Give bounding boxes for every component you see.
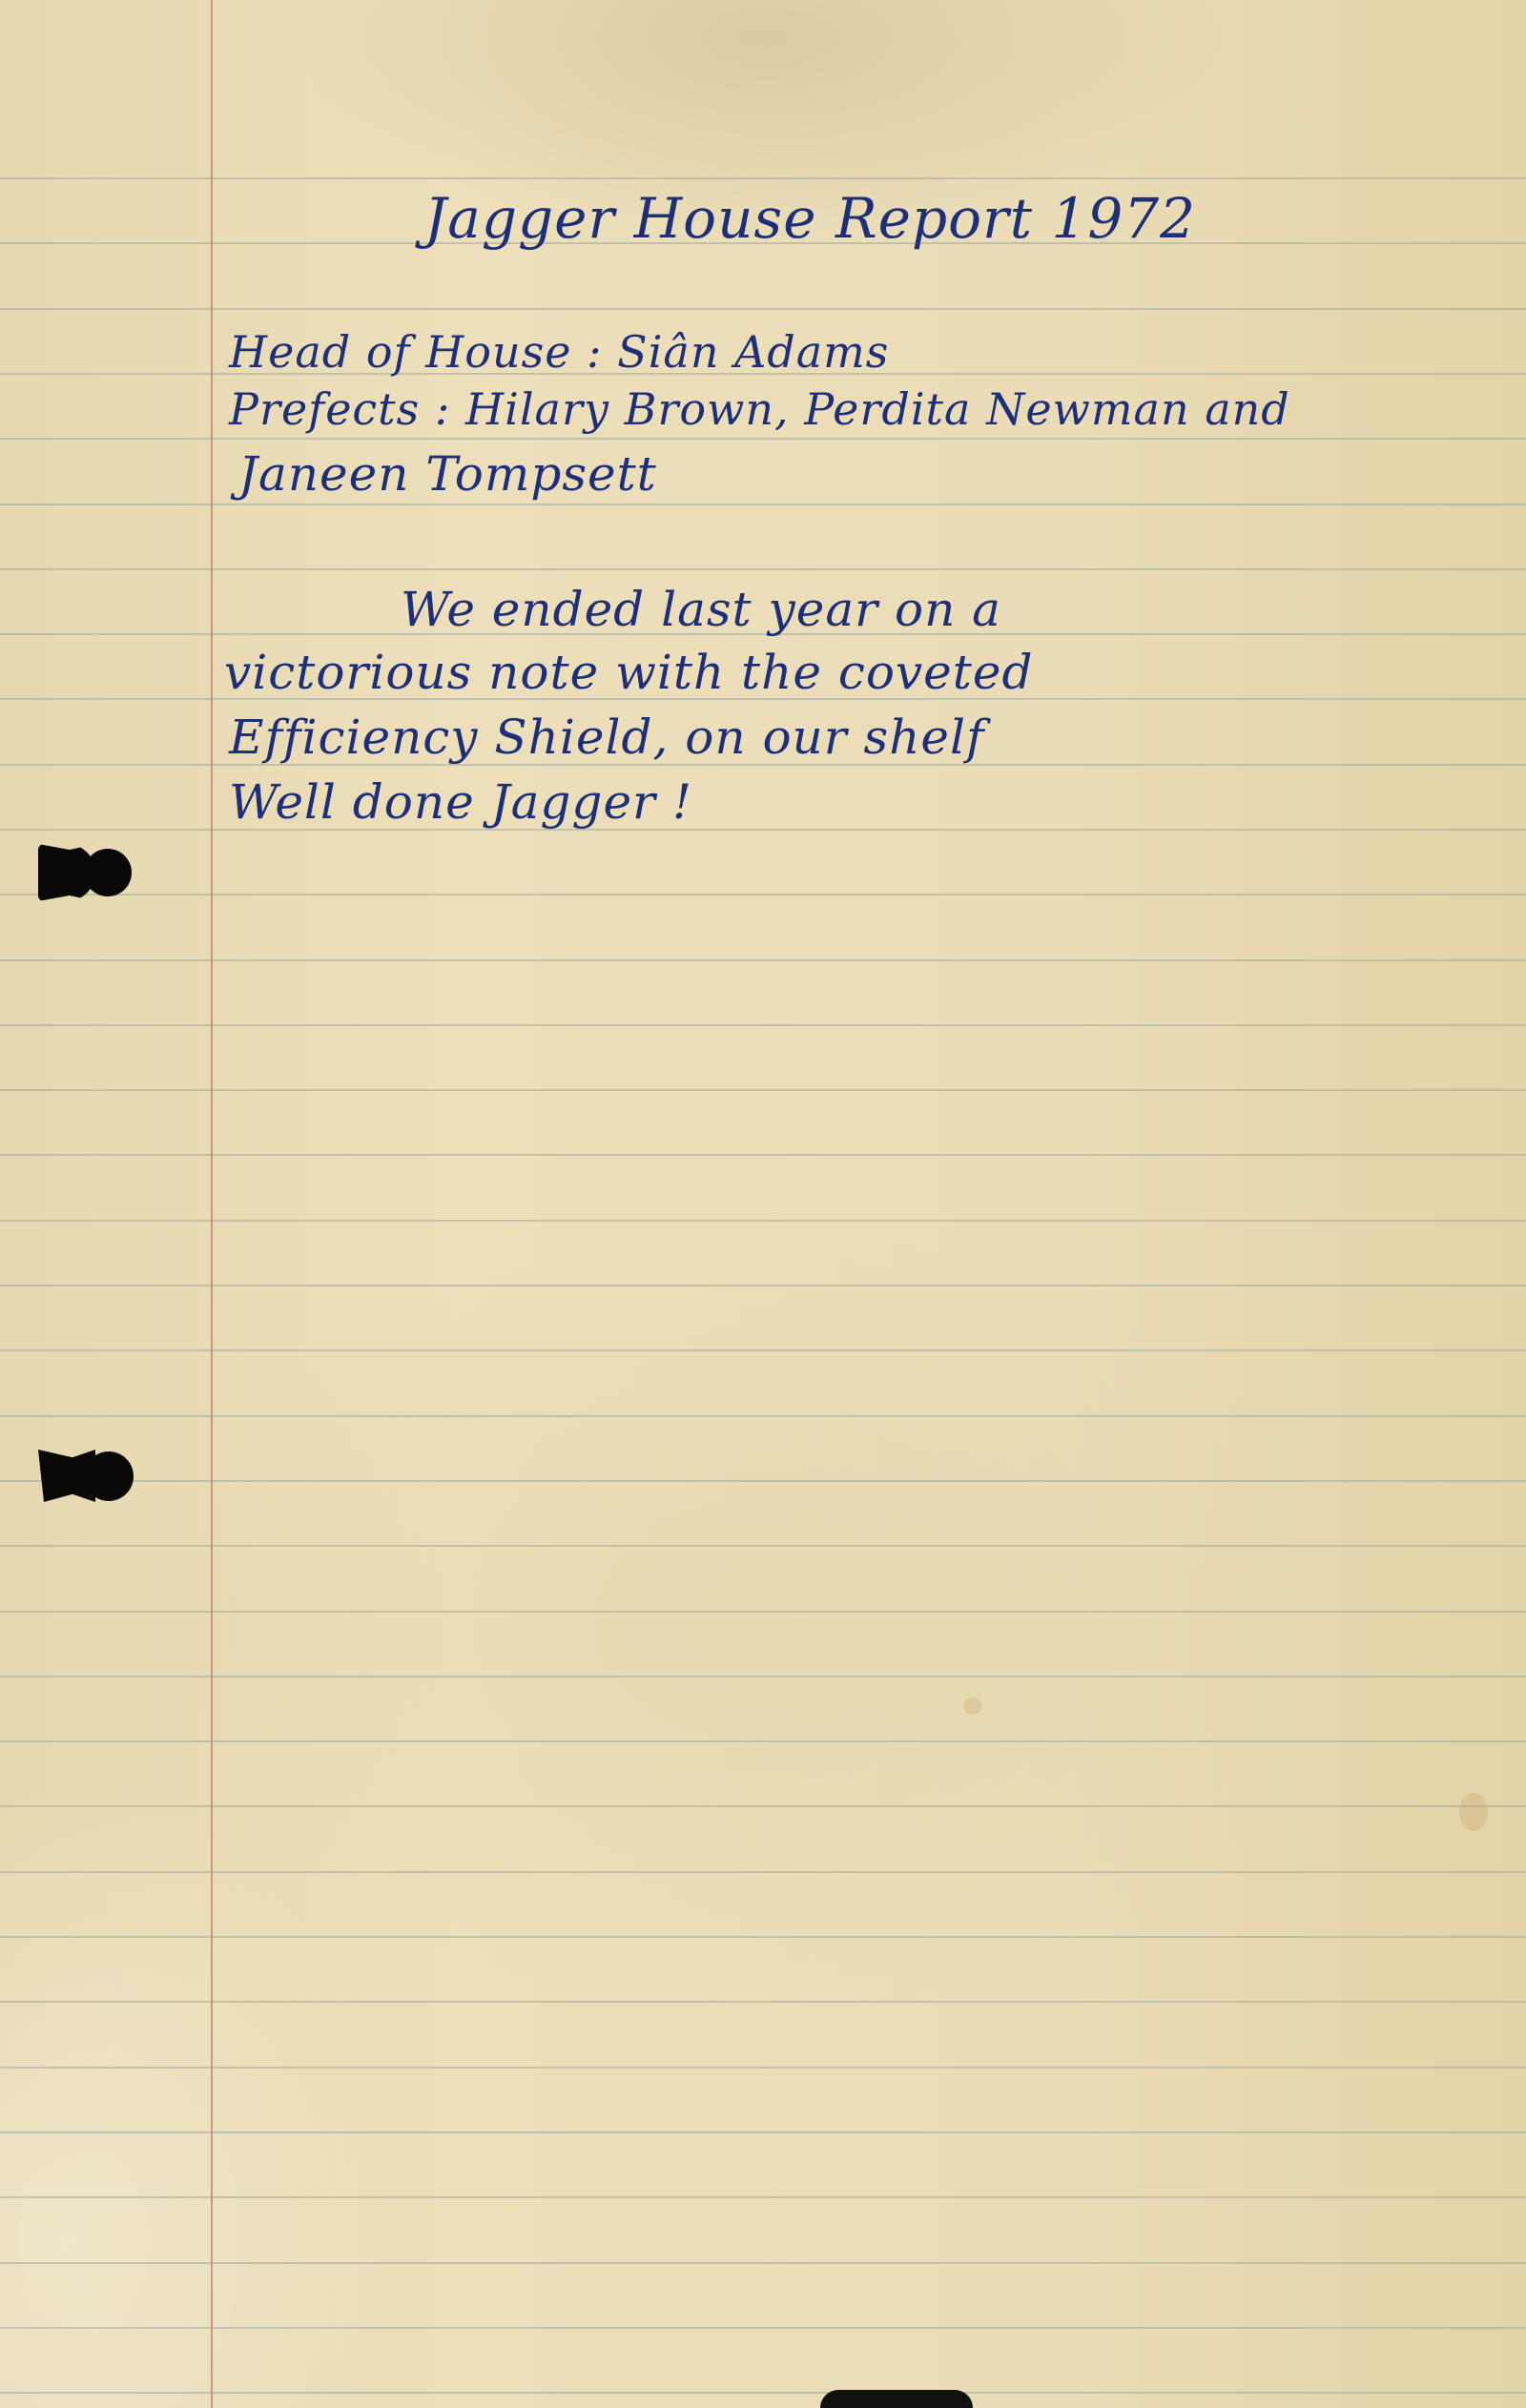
ruled-line: [0, 1936, 1526, 1938]
punch-hole-top-round: [84, 849, 132, 896]
margin-line: [211, 0, 213, 2408]
paragraph-line-2: victorious note with the coveted: [224, 645, 1033, 700]
ruled-line: [0, 1349, 1526, 1351]
ruled-line: [0, 1871, 1526, 1873]
ruled-line: [0, 1285, 1526, 1286]
ruled-line: [0, 2262, 1526, 2264]
stain: [1459, 1793, 1488, 1831]
ruled-line: [0, 1740, 1526, 1742]
notebook-page: Jagger House Report 1972 Head of House :…: [0, 0, 1526, 2408]
prefects-continued-line: Janeen Tompsett: [238, 446, 657, 502]
ruled-line: [0, 2001, 1526, 2003]
ruled-line: [0, 1480, 1526, 1482]
ruled-line: [0, 1676, 1526, 1677]
prefects-line: Prefects : Hilary Brown, Perdita Newman …: [229, 383, 1290, 435]
ruled-line: [0, 1415, 1526, 1417]
punch-hole-bottom-round: [84, 1451, 134, 1501]
ruled-line: [0, 894, 1526, 895]
ruled-line: [0, 177, 1526, 179]
ruled-line: [0, 1024, 1526, 1026]
ruled-line: [0, 1220, 1526, 1222]
ruled-line: [0, 2392, 1526, 2394]
ruled-line: [0, 1805, 1526, 1807]
report-title: Jagger House Report 1972: [424, 186, 1196, 251]
paragraph-line-1: We ended last year on a: [401, 582, 1001, 637]
ruled-line: [0, 1611, 1526, 1613]
ruled-line: [0, 504, 1526, 505]
paragraph-line-3: Efficiency Shield, on our shelf: [229, 710, 985, 765]
ruled-line: [0, 2327, 1526, 2329]
ruled-line: [0, 2196, 1526, 2198]
ruled-line: [0, 2067, 1526, 2068]
ruled-line: [0, 568, 1526, 570]
ruled-line: [0, 438, 1526, 440]
paragraph-line-4: Well done Jagger !: [229, 774, 692, 830]
ruled-line: [0, 1089, 1526, 1091]
ruled-line: [0, 1545, 1526, 1547]
head-of-house-line: Head of House : Siân Adams: [229, 326, 889, 378]
stain: [963, 1698, 982, 1715]
ruled-line: [0, 1154, 1526, 1156]
page-edge-shadow: [820, 2390, 973, 2408]
ruled-line: [0, 959, 1526, 961]
ruled-line: [0, 308, 1526, 310]
ruled-line: [0, 2131, 1526, 2133]
